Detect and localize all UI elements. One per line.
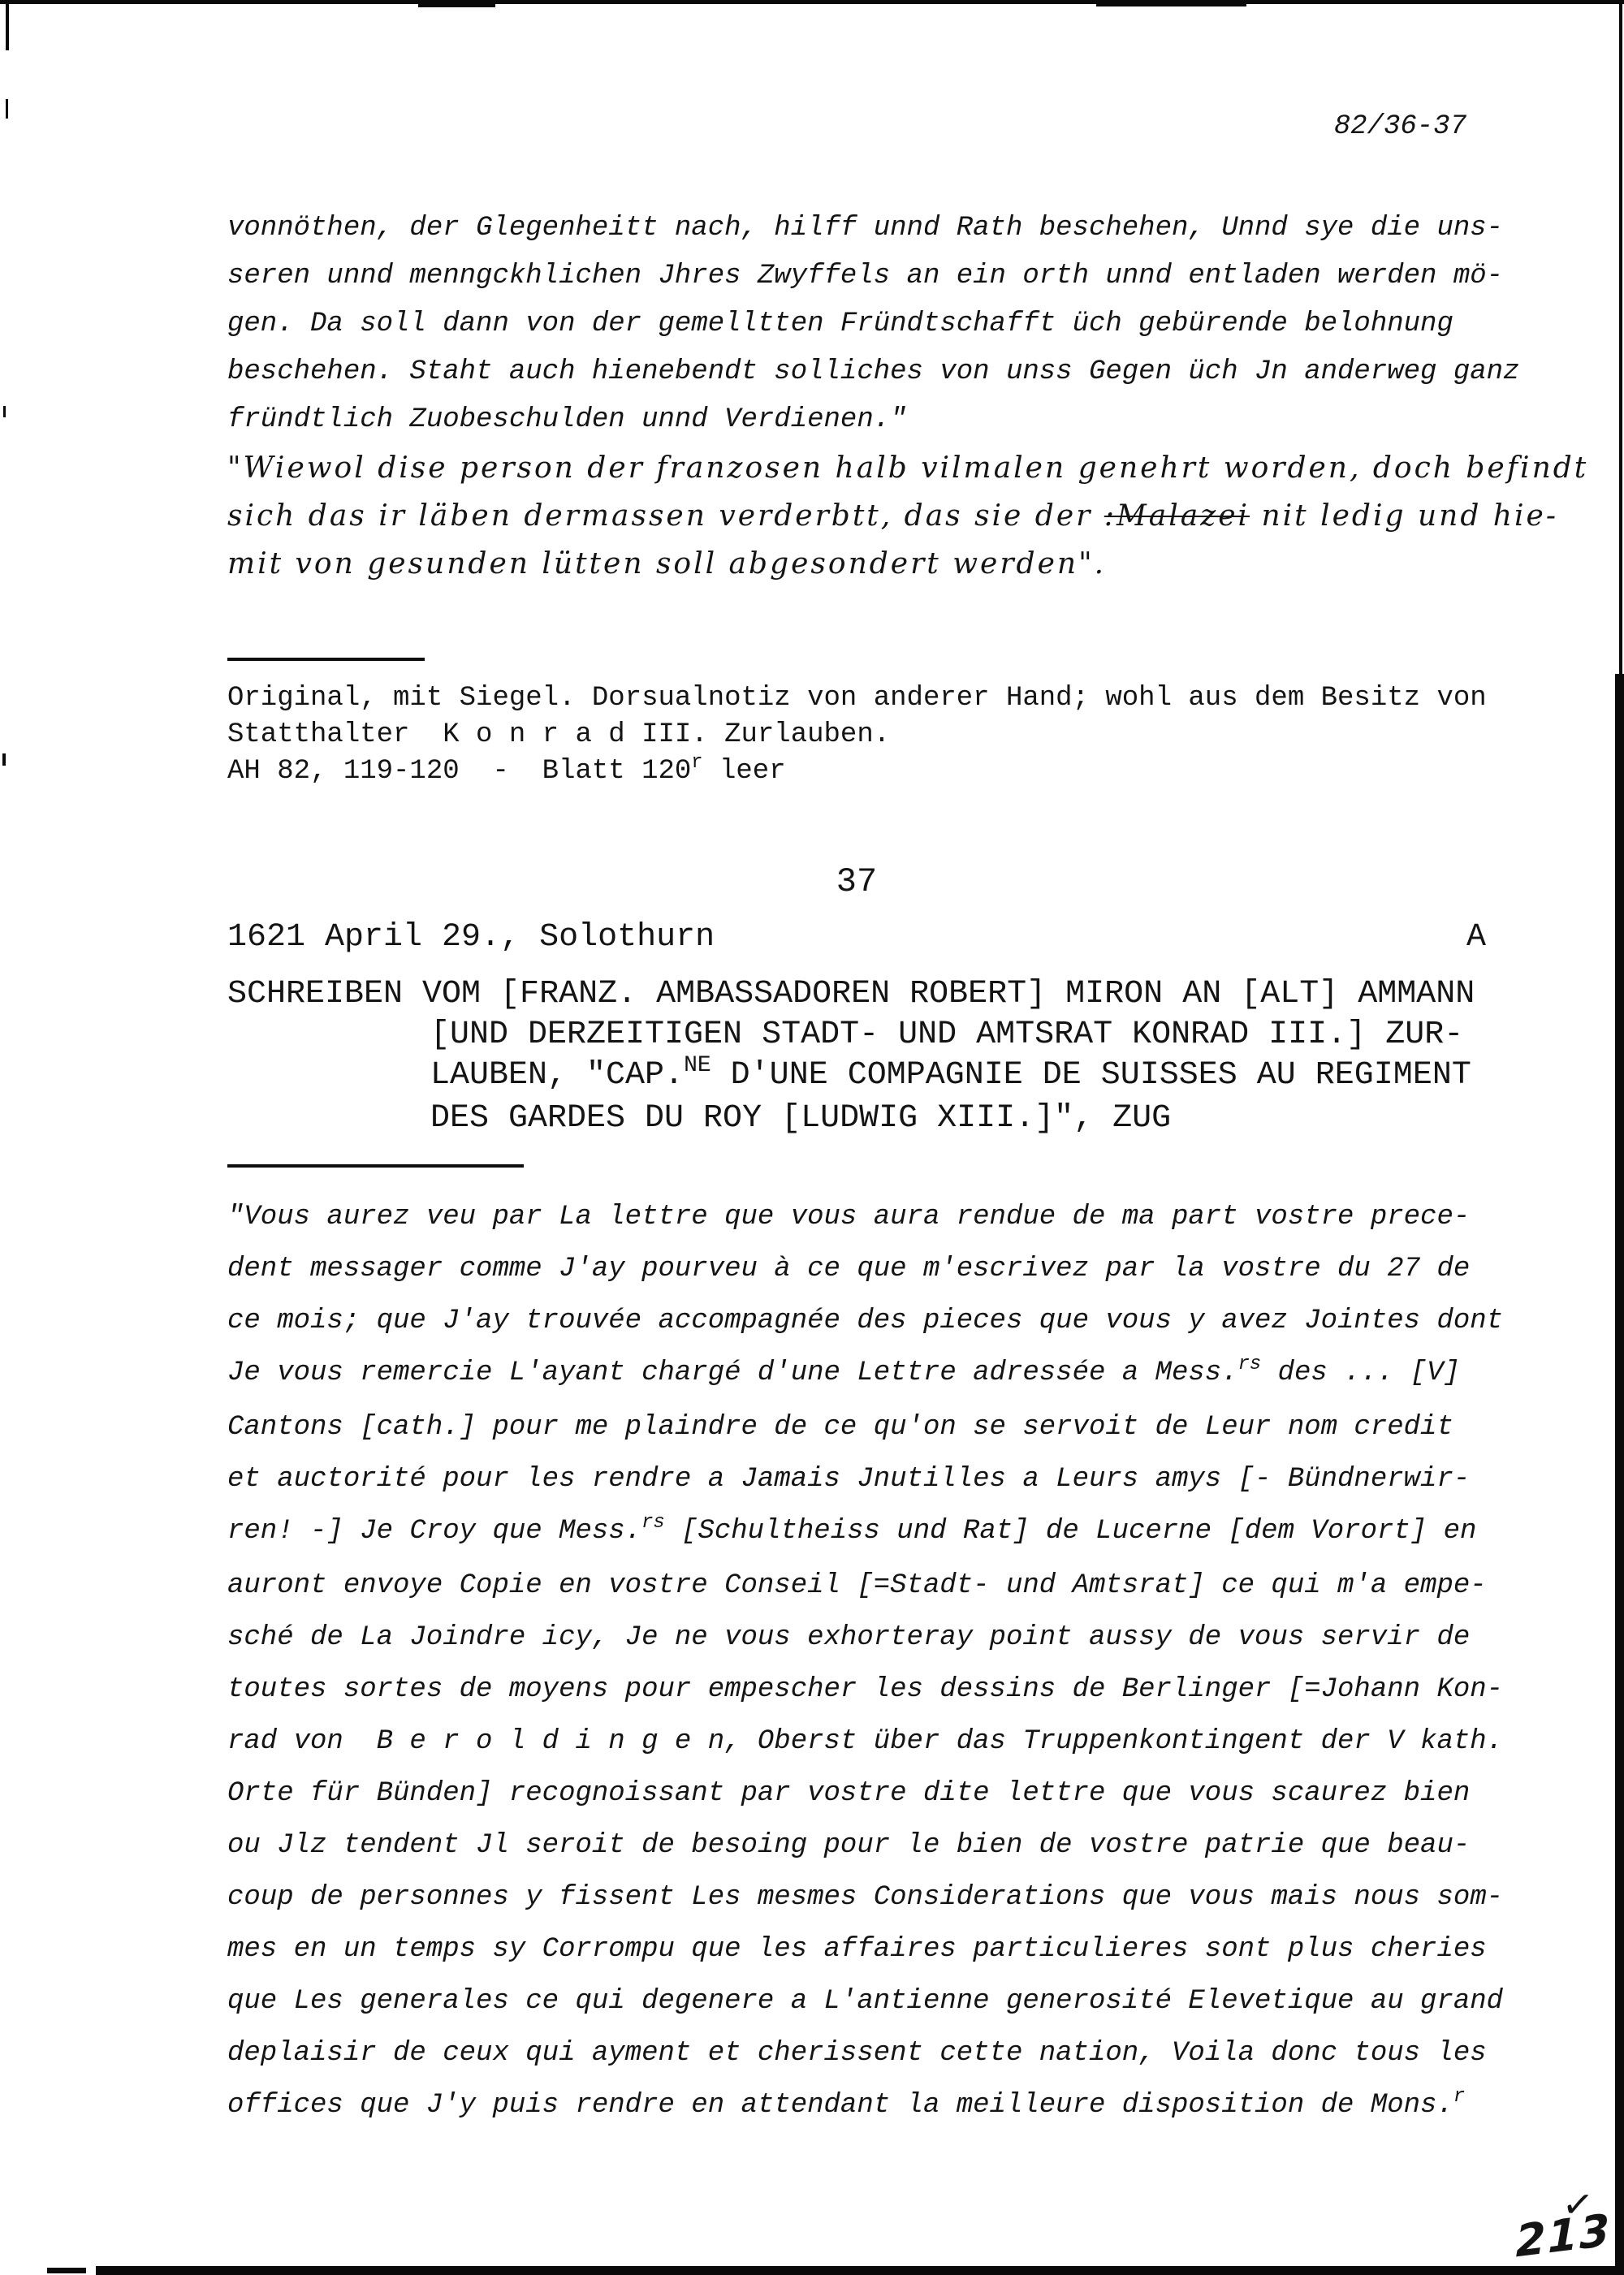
script-quote: "Wiewol dise person der franzosen halb v… — [227, 444, 1543, 588]
text-line: sché de La Joindre icy, Je ne vous exhor… — [227, 1612, 1543, 1664]
text-line: fründtlich Zuobeschulden unnd Verdienen.… — [227, 396, 1527, 444]
text-line: Je vous remercie L'ayant chargé d'une Le… — [227, 1347, 1543, 1401]
text-line: Orte für Bünden] recognoissant par vostr… — [227, 1768, 1543, 1820]
scan-border-top-mark — [418, 0, 495, 7]
source-note: Original, mit Siegel. Dorsualnotiz von a… — [227, 680, 1527, 792]
scanned-document-page: 82/36-37 vonnöthen, der Glegenheitt nach… — [0, 0, 1624, 2275]
text-line: rad von B e r o l d i n g e n, Oberst üb… — [227, 1716, 1543, 1768]
text-line: ou Jlz tendent Jl seroit de besoing pour… — [227, 1820, 1543, 1871]
entry-date-place: 1621 April 29., Solothurn — [227, 919, 715, 956]
text-line: gen. Da soll dann von der gemelltten Frü… — [227, 300, 1527, 348]
text-line: LAUBEN, "CAP.NE D'UNE COMPAGNIE DE SUISS… — [227, 1055, 1559, 1099]
entry-number: 37 — [227, 862, 1486, 901]
text-line: Original, mit Siegel. Dorsualnotiz von a… — [227, 680, 1527, 717]
text-line: et auctorité pour les rendre a Jamais Jn… — [227, 1453, 1543, 1505]
text-line: ce mois; que J'ay trouvée accompagnée de… — [227, 1295, 1543, 1347]
german-quote: vonnöthen, der Glegenheitt nach, hilff u… — [227, 205, 1527, 444]
text-line: sich das ir läben dermassen verderbtt, d… — [227, 492, 1543, 540]
text-line: [UND DERZEITIGEN STADT- UND AMTSRAT KONR… — [227, 1015, 1559, 1055]
archive-reference: 82/36-37 — [1177, 111, 1466, 142]
scan-border-bottom — [96, 2266, 1624, 2275]
text-line: deplaisir de ceux qui ayment et cherisse… — [227, 2027, 1543, 2079]
entry-dateline: 1621 April 29., Solothurn A — [227, 919, 1486, 956]
text-line: dent messager comme J'ay pourveu à ce qu… — [227, 1243, 1543, 1295]
scan-border-left-mark — [6, 0, 9, 50]
handwritten-page-number: 213 — [1515, 2204, 1612, 2268]
text-line: vonnöthen, der Glegenheitt nach, hilff u… — [227, 205, 1527, 253]
text-line: "Vous aurez veu par La lettre que vous a… — [227, 1191, 1543, 1243]
text-line: offices que J'y puis rendre en attendant… — [227, 2079, 1543, 2134]
text-line: que Les generales ce qui degenere a L'an… — [227, 1975, 1543, 2027]
text-line: beschehen. Staht auch hienebendt sollich… — [227, 348, 1527, 396]
french-quote: "Vous aurez veu par La lettre que vous a… — [227, 1191, 1543, 2134]
text-line: Cantons [cath.] pour me plaindre de ce q… — [227, 1401, 1543, 1453]
scan-border-right — [1619, 0, 1622, 682]
scan-border-top-mark — [1096, 0, 1246, 6]
scan-border-bottom-mark — [47, 2268, 86, 2273]
text-line: "Wiewol dise person der franzosen halb v… — [227, 444, 1543, 492]
text-line: SCHREIBEN VOM [FRANZ. AMBASSADOREN ROBER… — [227, 974, 1559, 1015]
scan-border-right — [1615, 674, 1624, 2275]
scan-border-left-mark — [2, 753, 6, 766]
manuscript-siglum: A — [1466, 919, 1486, 956]
text-line: AH 82, 119-120 - Blatt 120r leer — [227, 753, 1527, 792]
divider-rule — [227, 658, 425, 661]
text-line: seren unnd menngckhlichen Jhres Zwyffels… — [227, 253, 1527, 300]
text-line: auront envoye Copie en vostre Conseil [=… — [227, 1560, 1543, 1612]
text-line: toutes sortes de moyens pour empescher l… — [227, 1664, 1543, 1716]
entry-heading: SCHREIBEN VOM [FRANZ. AMBASSADOREN ROBER… — [227, 974, 1559, 1139]
divider-rule — [227, 1164, 524, 1168]
text-line: Statthalter K o n r a d III. Zurlauben. — [227, 717, 1527, 753]
text-line: ren! -] Je Croy que Mess.rs [Schultheiss… — [227, 1505, 1543, 1560]
scan-border-left-mark — [6, 99, 8, 119]
text-line: mes en un temps sy Corrompu que les affa… — [227, 1923, 1543, 1975]
scan-border-top — [0, 0, 1624, 4]
scan-border-left-mark — [3, 406, 6, 417]
text-line: DES GARDES DU ROY [LUDWIG XIII.]", ZUG — [227, 1099, 1559, 1139]
text-line: coup de personnes y fissent Les mesmes C… — [227, 1871, 1543, 1923]
text-line: mit von gesunden lütten soll abgesondert… — [227, 540, 1543, 588]
